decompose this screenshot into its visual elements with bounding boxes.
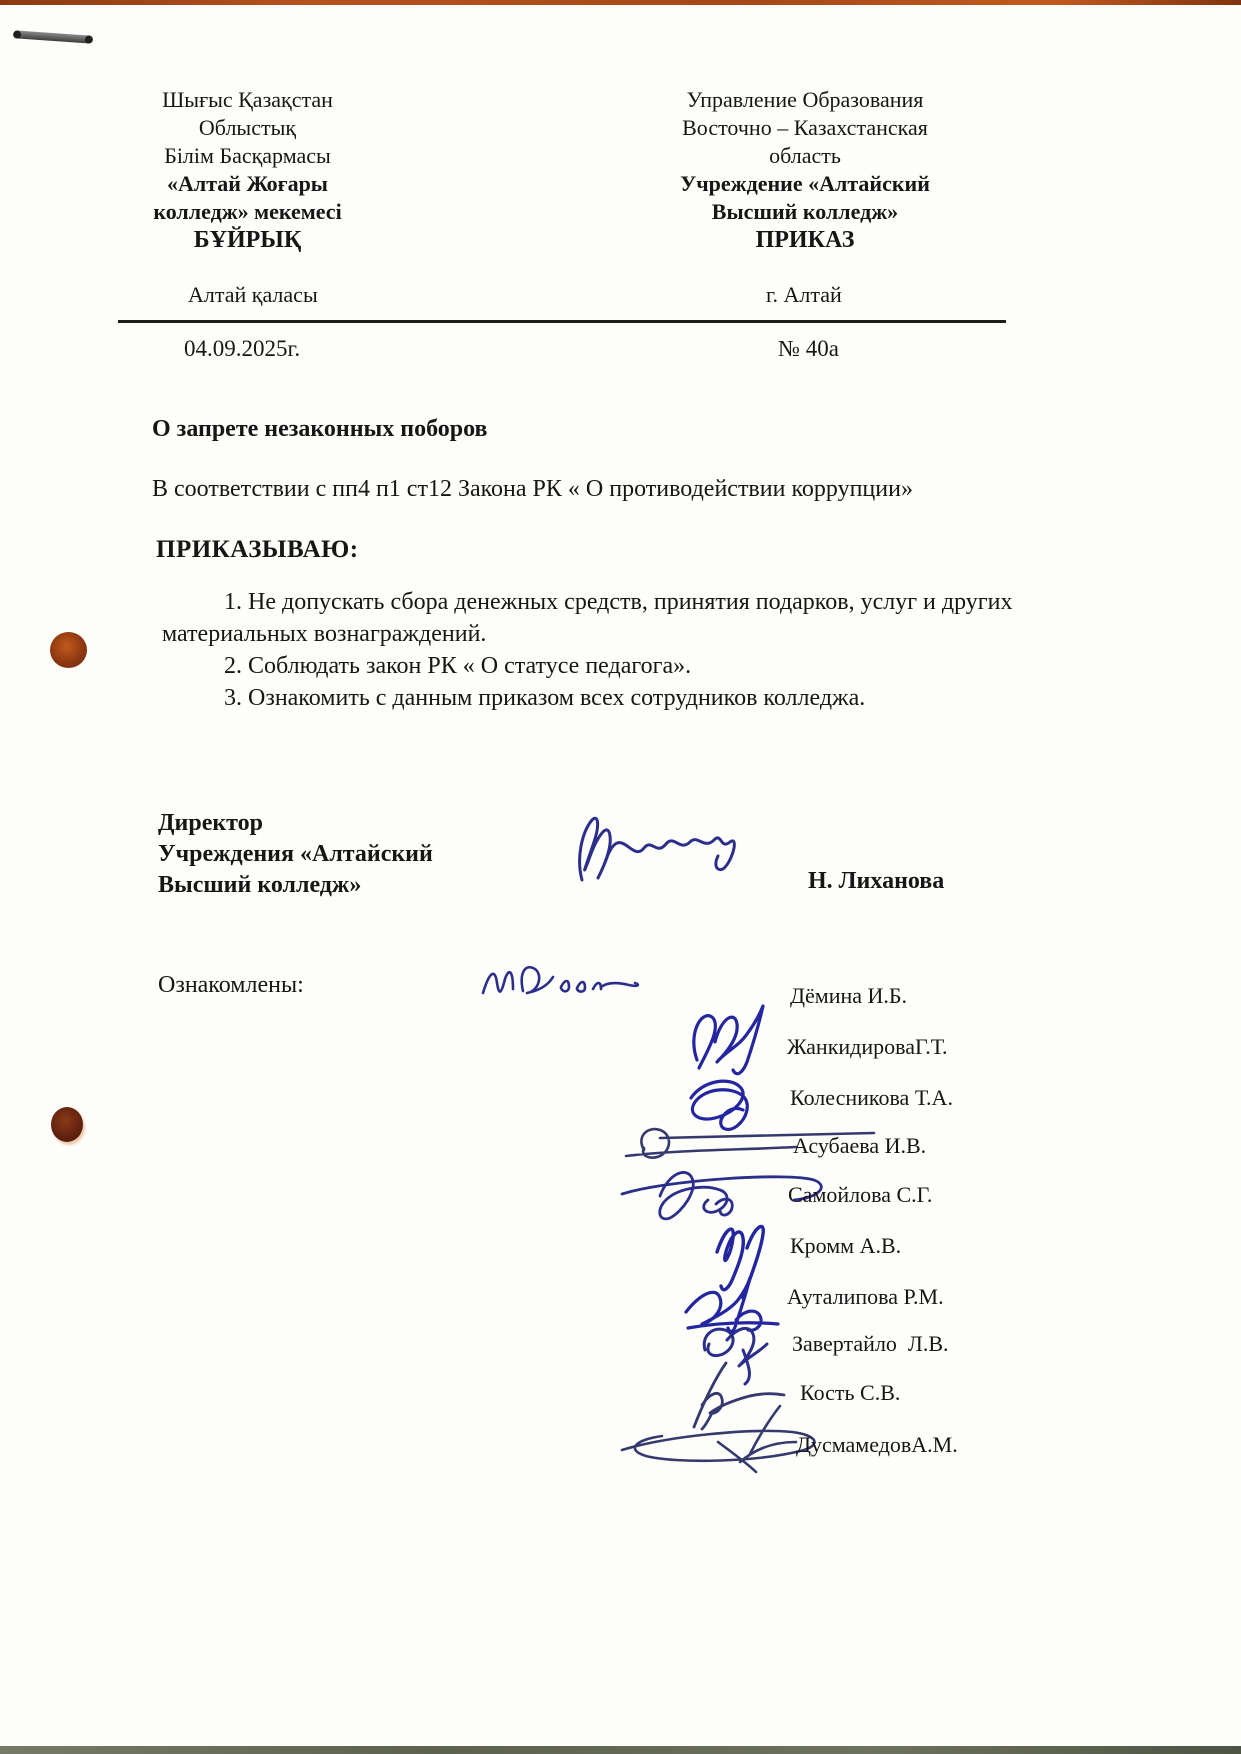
director-signature (548, 798, 758, 903)
acknowledged-name-zhankidirova: ЖанкидироваГ.Т. (787, 1034, 947, 1060)
signature-demina (465, 945, 645, 1010)
acknowledged-name-autalipova: Ауталипова Р.М. (787, 1284, 944, 1310)
scanned-order-page: Шығыс Қазақстан Облыстық Білім Басқармас… (0, 0, 1241, 1754)
order-subject: О запрете незаконных поборов (152, 416, 488, 443)
signature-autalipova (672, 1264, 802, 1342)
acknowledged-name-kromm: Кромм А.В. (790, 1233, 901, 1259)
scan-edge-bottom (0, 1746, 1241, 1754)
signature-kost (668, 1355, 803, 1433)
order-number: № 40а (778, 336, 839, 362)
order-item-1: 1. Не допускать сбора денежных средств, … (162, 586, 1020, 650)
punch-hole-top (50, 632, 87, 668)
header-kazakh: Шығыс Қазақстан Облыстық Білім Басқармас… (140, 86, 355, 254)
place-russian: г. Алтай (766, 282, 842, 308)
scan-edge-top (0, 0, 1241, 5)
acknowledged-name-kolesnikova: Колесникова Т.А. (790, 1085, 953, 1111)
signature-kromm (695, 1210, 795, 1305)
header-russian: Управление Образования Восточно – Казахс… (655, 86, 955, 254)
header-russian-line-4: Учреждение «Алтайский (655, 170, 955, 198)
order-item-2: 2. Соблюдать закон РК « О статусе педаго… (162, 650, 1020, 682)
punch-hole-bottom (51, 1107, 83, 1142)
acknowledged-name-demina: Дёмина И.Б. (790, 983, 907, 1009)
header-divider-line (118, 320, 1006, 323)
acknowledged-name-asubaeva: Асубаева И.В. (793, 1133, 926, 1159)
order-heading: ПРИКАЗЫВАЮ: (156, 536, 359, 564)
order-item-3: 3. Ознакомить с данным приказом всех сот… (162, 682, 1020, 714)
signer-position-line-1: Директор (158, 808, 433, 839)
header-russian-line-5: Высший колледж» (655, 198, 955, 226)
acknowledged-name-samoilova: Самойлова С.Г. (788, 1182, 932, 1208)
signature-zavertailo (685, 1310, 805, 1388)
header-kazakh-line-5: колледж» мекемесі (140, 198, 355, 226)
header-kazakh-doc-type: БҰЙРЫҚ (140, 226, 355, 254)
header-russian-line-3: область (655, 142, 955, 170)
header-kazakh-line-3: Білім Басқармасы (140, 142, 355, 170)
header-kazakh-line-2: Облыстық (140, 114, 355, 142)
acknowledged-label: Ознакомлены: (158, 972, 304, 999)
header-russian-line-1: Управление Образования (655, 86, 955, 114)
order-intro: В соответствии с пп4 п1 ст12 Закона РК «… (152, 476, 1012, 503)
signature-zhankidirova (655, 1000, 800, 1145)
place-kazakh: Алтай қаласы (188, 282, 318, 308)
header-kazakh-line-1: Шығыс Қазақстан (140, 86, 355, 114)
acknowledged-name-zavertailo: Завертайло Л.В. (792, 1331, 949, 1357)
staple-mark (14, 30, 92, 43)
header-russian-doc-type: ПРИКАЗ (655, 226, 955, 254)
header-kazakh-line-4: «Алтай Жоғары (140, 170, 355, 198)
signer-name: Н. Лиханова (808, 868, 944, 895)
signer-position-line-3: Высший колледж» (158, 870, 433, 901)
order-date: 04.09.2025г. (184, 336, 300, 362)
acknowledged-name-dusmamedov: ДусмамедовА.М. (796, 1432, 958, 1458)
acknowledged-name-kost: Кость С.В. (800, 1380, 900, 1406)
order-items: 1. Не допускать сбора денежных средств, … (162, 586, 1020, 714)
signer-position-line-2: Учреждения «Алтайский (158, 839, 433, 870)
signer-position: Директор Учреждения «Алтайский Высший ко… (158, 808, 433, 901)
header-russian-line-2: Восточно – Казахстанская (655, 114, 955, 142)
